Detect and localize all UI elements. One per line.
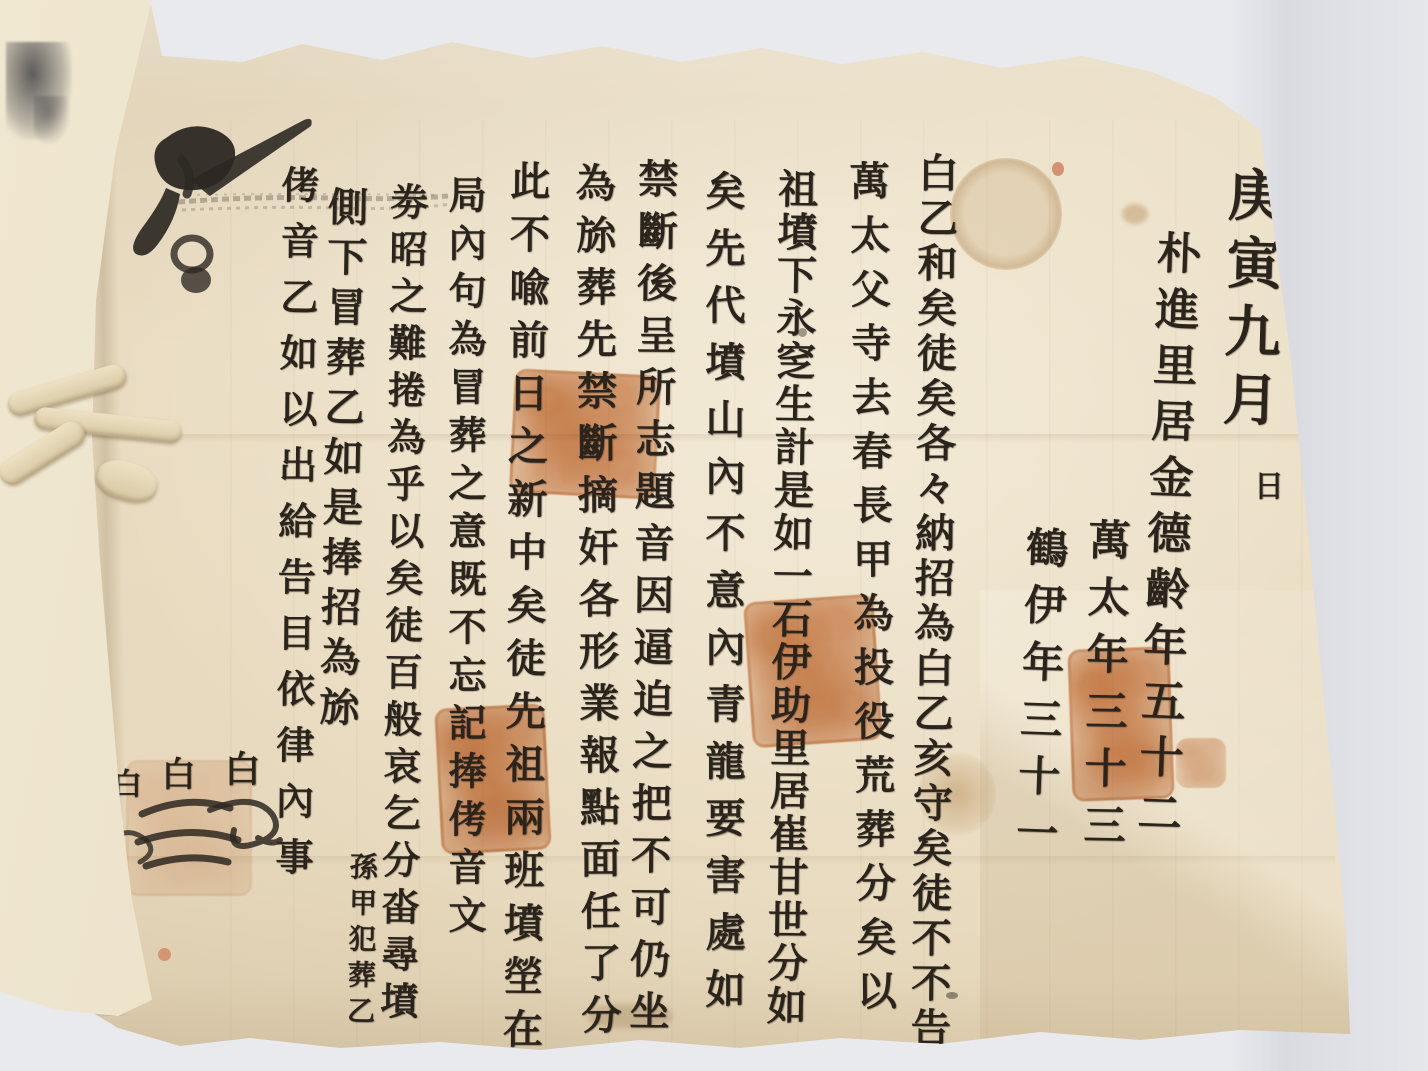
photograph-of-old-document: 庚寅九月 日 朴進里居金德齡年五十二 萬太年三十三 鶴伊年三十一 白乙和矣徒矣各… [0,0,1428,1071]
text-column-3: 祖墳下永窆生計是如一石伊助里居崔甘世分如 [763,168,815,1028]
text-column-6: 為旀葬先禁斷摘奸各形業報點面任了分 [572,162,618,1046]
tea-stain [950,158,1062,270]
day-marker: 日 [1250,470,1280,500]
signature-char: 白 [158,756,192,790]
deponent-column: 萬太年三十三 [1080,518,1128,861]
signature-char: 白 [222,750,258,786]
text-column-2: 萬太父寺去春長甲為投役荒葬分矣以 [846,160,894,1024]
date-column: 庚寅九月 [1218,165,1281,438]
small-stain [1122,204,1148,224]
document-sheet: 庚寅九月 日 朴進里居金德齡年五十二 萬太年三十三 鶴伊年三十一 白乙和矣徒矣各… [0,0,1428,1071]
red-speck [158,948,171,961]
seal-stamp-blot [1176,738,1226,788]
official-ink-mark [118,98,462,310]
text-column-5: 禁斷後呈所志題音因逼迫之把不可仍坐 [626,158,675,1042]
red-speck [1052,162,1064,176]
deponent-column: 鶴伊年三十一 [1012,525,1066,868]
interline-note-column: 孫甲犯葬乙 [345,852,376,1032]
ink-smudge [34,96,70,144]
text-column-7: 此不喩前日之新中矣徒先祖兩班墳塋在 [499,160,547,1061]
text-column-4: 矣先代墳山內不意內青龍要害處如 [702,170,742,1025]
text-column-1: 白乙和矣徒矣各々納招為白乙亥守矣徒不不告 [907,152,955,1052]
